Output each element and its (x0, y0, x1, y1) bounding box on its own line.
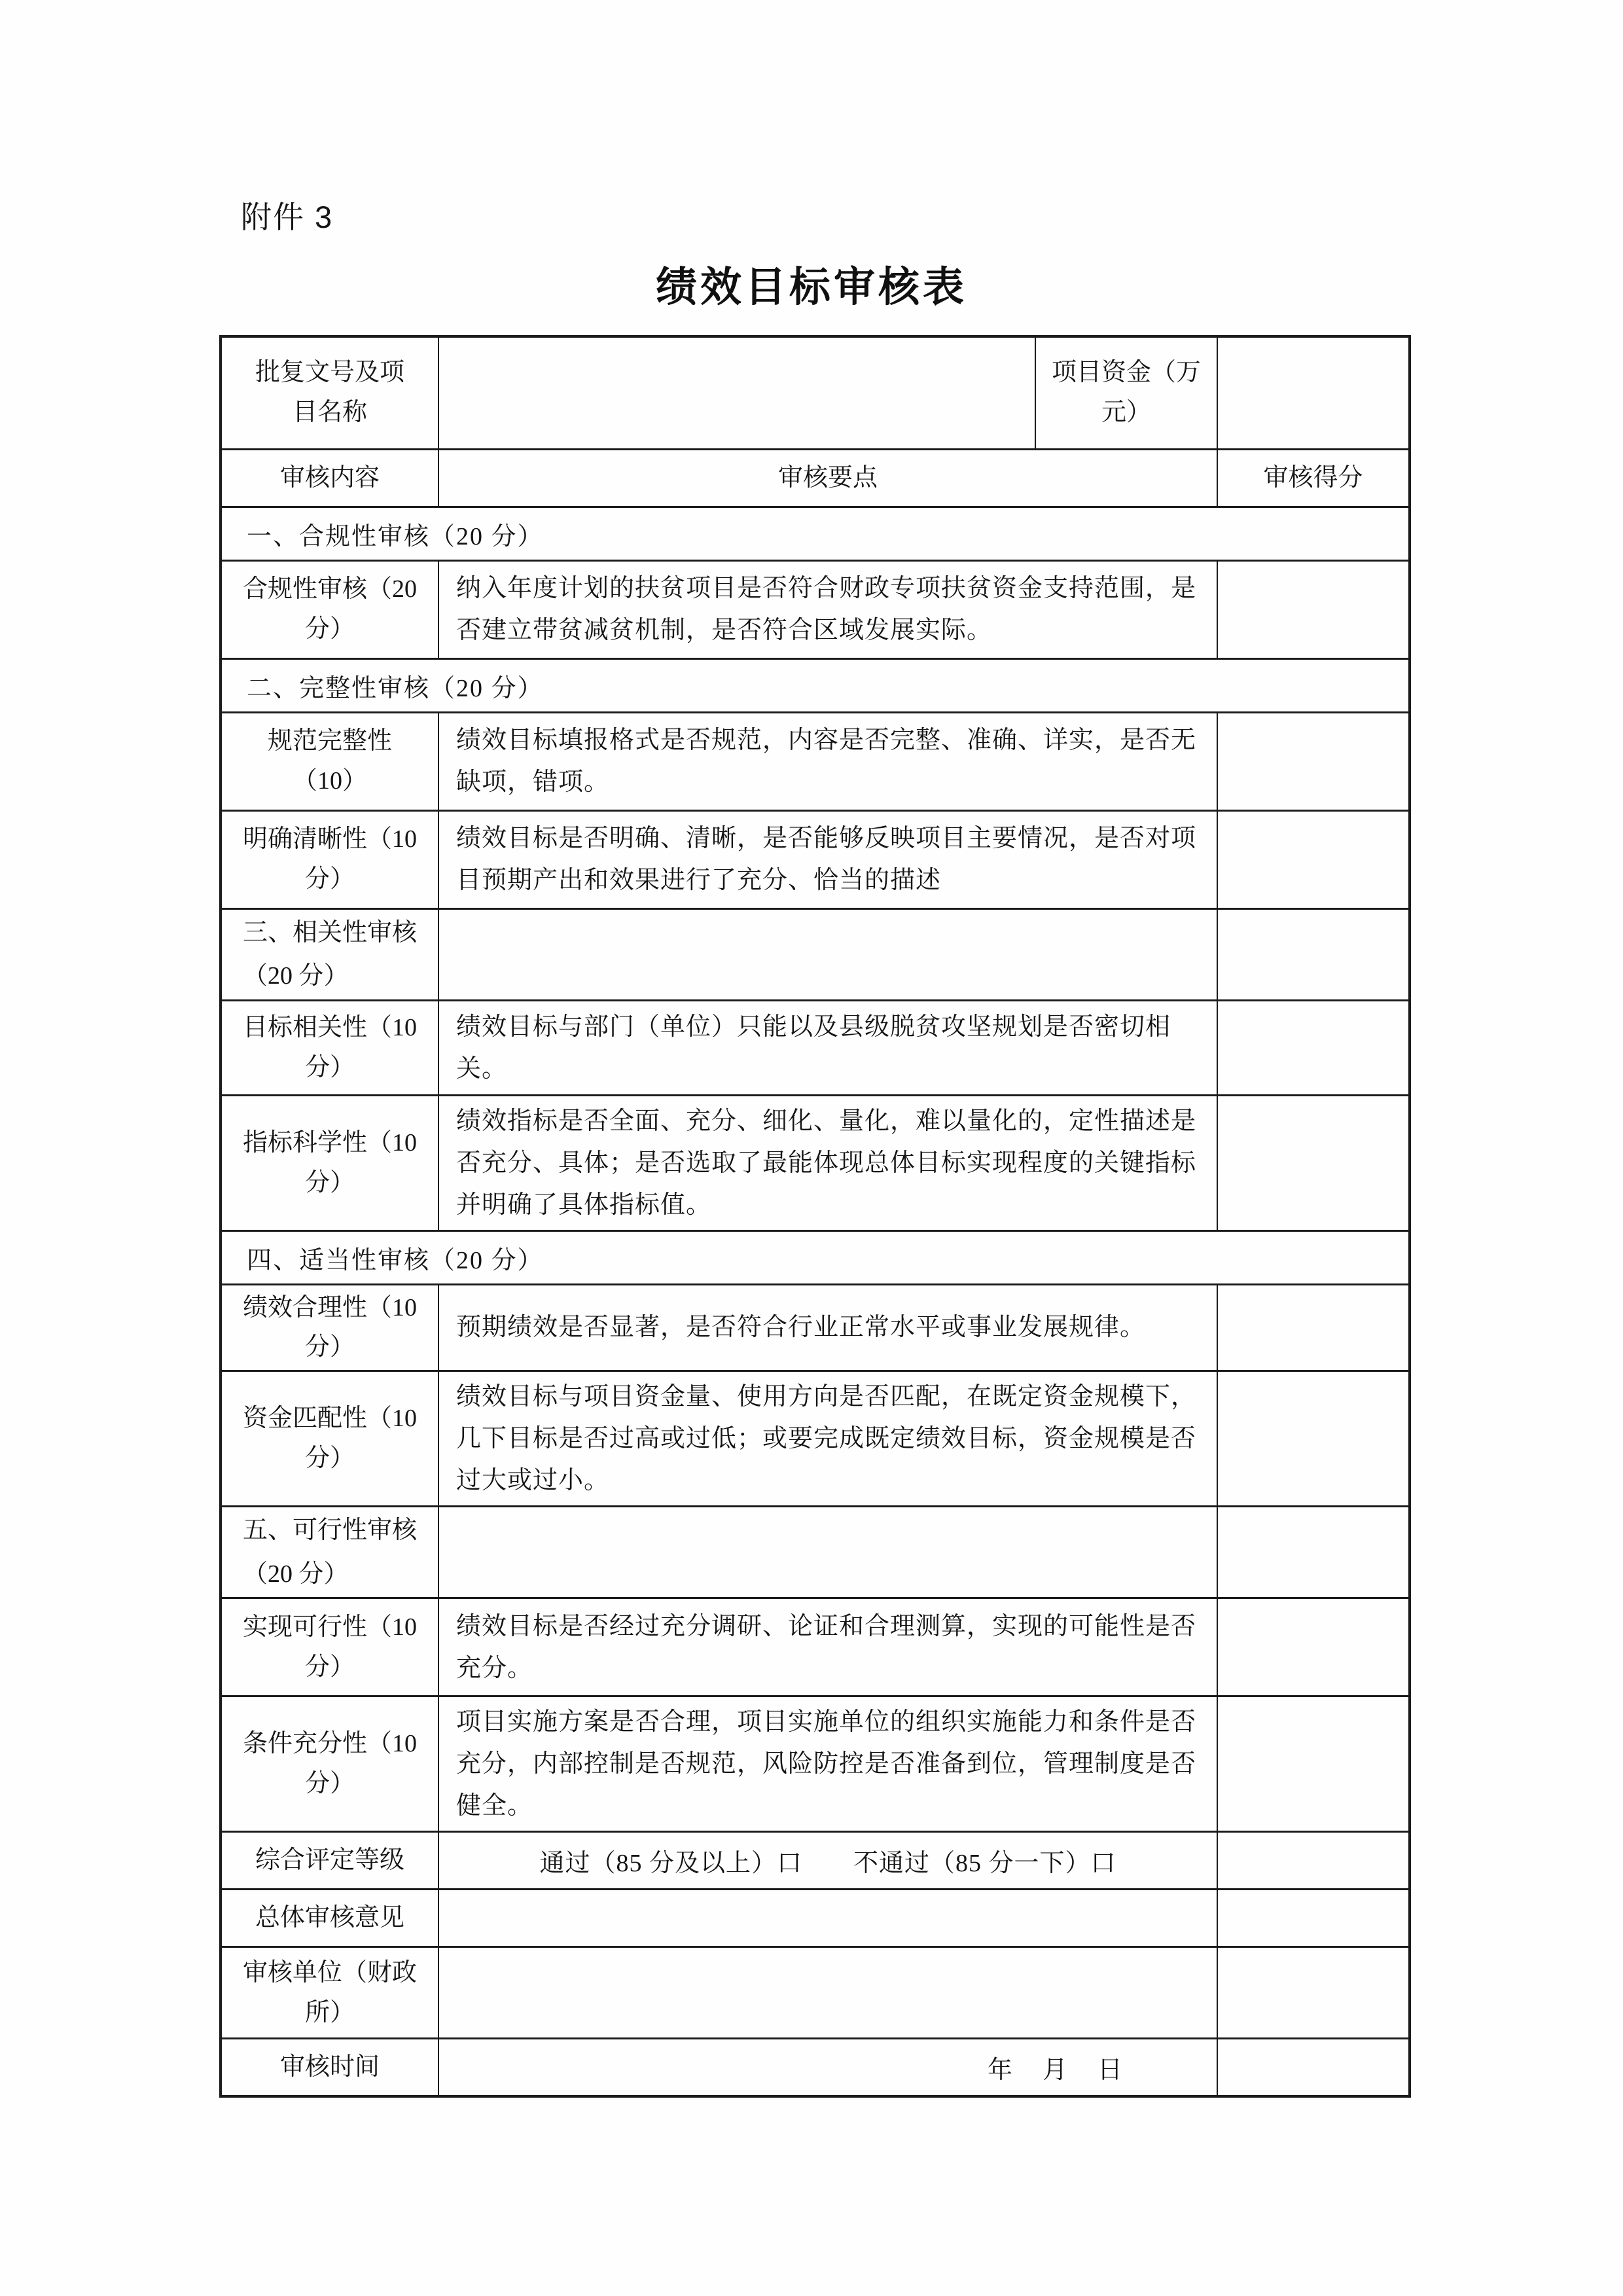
row-score-cell (1217, 2039, 1410, 2096)
item-row-realization-feasibility: 实现可行性（10 分） 绩效目标是否经过充分调研、论证和合理测算，实现的可能性是… (221, 1598, 1410, 1696)
unit-cell (438, 1947, 1217, 2039)
section-label: 一、合规性审核（20 分） (221, 507, 1410, 560)
section-label: 五、可行性审核 （20 分） (221, 1507, 438, 1598)
header-row-top: 批复文号及项 目名称 项目资金（万 元） (221, 336, 1410, 449)
row-score-cell (1217, 1371, 1410, 1507)
rating-options: 通过（85 分及以上）口 不通过（85 分一下）口 (438, 1832, 1217, 1890)
header-row-columns: 审核内容 审核要点 审核得分 (221, 449, 1410, 507)
row-label: 资金匹配性（10 分） (221, 1371, 438, 1507)
row-points: 绩效指标是否全面、充分、细化、量化，难以量化的，定性描述是否充分、具体；是否选取… (438, 1095, 1217, 1230)
review-table: 批复文号及项 目名称 项目资金（万 元） 审核内容 审核要点 审核得分 一、合规… (219, 335, 1411, 2098)
section-label: 三、相关性审核 （20 分） (221, 908, 438, 1000)
fund-value-cell (1217, 336, 1410, 449)
row-score-cell (1217, 1696, 1410, 1832)
row-points (438, 1507, 1217, 1598)
row-score-cell (1217, 1095, 1410, 1230)
document-page: 附件 3 绩效目标审核表 批复文号及项 目名称 项目资金（万 元） 审核内容 审… (0, 0, 1623, 2296)
item-row-fund-matching: 资金匹配性（10 分） 绩效目标与项目资金量、使用方向是否匹配，在既定资金规模下… (221, 1371, 1410, 1507)
row-label: 实现可行性（10 分） (221, 1598, 438, 1696)
item-row-performance-reasonable: 绩效合理性（10 分） 预期绩效是否显著，是否符合行业正常水平或事业发展规律。 (221, 1284, 1410, 1371)
row-label: 明确清晰性（10 分） (221, 810, 438, 908)
row-points: 绩效目标是否明确、清晰，是否能够反映项目主要情况，是否对项目预期产出和效果进行了… (438, 810, 1217, 908)
row-review-date: 审核时间 年 月 日 (221, 2039, 1410, 2096)
col-header-points: 审核要点 (438, 449, 1217, 507)
row-label: 绩效合理性（10 分） (221, 1284, 438, 1371)
section-row-appropriateness: 四、适当性审核（20 分） (221, 1230, 1410, 1284)
row-label: 综合评定等级 (221, 1832, 438, 1890)
row-points: 绩效目标与部门（单位）只能以及县级脱贫攻坚规划是否密切相关。 (438, 1000, 1217, 1095)
row-label: 审核单位（财政 所） (221, 1947, 438, 2039)
opinion-cell (438, 1890, 1217, 1947)
row-points: 绩效目标填报格式是否规范，内容是否完整、准确、详实，是否无缺项，错项。 (438, 712, 1217, 810)
col-header-score: 审核得分 (1217, 449, 1410, 507)
doc-no-label: 批复文号及项 目名称 (221, 336, 438, 449)
row-overall-opinion: 总体审核意见 (221, 1890, 1410, 1947)
row-score-cell (1217, 1000, 1410, 1095)
row-label: 指标科学性（10 分） (221, 1095, 438, 1230)
row-label: 规范完整性 （10） (221, 712, 438, 810)
page-title: 绩效目标审核表 (0, 254, 1623, 314)
fund-label: 项目资金（万 元） (1035, 336, 1217, 449)
section-row-completeness: 二、完整性审核（20 分） (221, 658, 1410, 712)
row-points: 绩效目标与项目资金量、使用方向是否匹配，在既定资金规模下，几下目标是否过高或过低… (438, 1371, 1217, 1507)
section-label: 四、适当性审核（20 分） (221, 1230, 1410, 1284)
item-row-condition-sufficiency: 条件充分性（10 分） 项目实施方案是否合理，项目实施单位的组织实施能力和条件是… (221, 1696, 1410, 1832)
review-date-placeholder: 年 月 日 (438, 2039, 1217, 2096)
row-points: 绩效目标是否经过充分调研、论证和合理测算，实现的可能性是否充分。 (438, 1598, 1217, 1696)
row-points: 纳入年度计划的扶贫项目是否符合财政专项扶贫资金支持范围，是否建立带贫减贫机制，是… (438, 560, 1217, 658)
section-row-relevance: 三、相关性审核 （20 分） (221, 908, 1410, 1000)
row-label: 总体审核意见 (221, 1890, 438, 1947)
doc-no-value-cell (438, 336, 1035, 449)
row-score-cell (1217, 712, 1410, 810)
item-row-standard-completeness: 规范完整性 （10） 绩效目标填报格式是否规范，内容是否完整、准确、详实，是否无… (221, 712, 1410, 810)
row-review-unit: 审核单位（财政 所） (221, 1947, 1410, 2039)
item-row-clarity: 明确清晰性（10 分） 绩效目标是否明确、清晰，是否能够反映项目主要情况，是否对… (221, 810, 1410, 908)
section-label: 二、完整性审核（20 分） (221, 658, 1410, 712)
row-score-cell (1217, 810, 1410, 908)
row-label: 目标相关性（10 分） (221, 1000, 438, 1095)
row-points: 预期绩效是否显著，是否符合行业正常水平或事业发展规律。 (438, 1284, 1217, 1371)
row-score-cell (1217, 1947, 1410, 2039)
row-score-cell (1217, 908, 1410, 1000)
row-label: 审核时间 (221, 2039, 438, 2096)
row-score-cell (1217, 1598, 1410, 1696)
item-row-indicator-science: 指标科学性（10 分） 绩效指标是否全面、充分、细化、量化，难以量化的，定性描述… (221, 1095, 1410, 1230)
row-overall-rating: 综合评定等级 通过（85 分及以上）口 不通过（85 分一下）口 (221, 1832, 1410, 1890)
section-row-compliance: 一、合规性审核（20 分） (221, 507, 1410, 560)
row-label: 条件充分性（10 分） (221, 1696, 438, 1832)
item-row-goal-relevance: 目标相关性（10 分） 绩效目标与部门（单位）只能以及县级脱贫攻坚规划是否密切相… (221, 1000, 1410, 1095)
row-points (438, 908, 1217, 1000)
row-score-cell (1217, 560, 1410, 658)
row-points: 项目实施方案是否合理，项目实施单位的组织实施能力和条件是否充分，内部控制是否规范… (438, 1696, 1217, 1832)
row-label: 合规性审核（20 分） (221, 560, 438, 658)
row-score-cell (1217, 1284, 1410, 1371)
row-score-cell (1217, 1507, 1410, 1598)
section-row-feasibility: 五、可行性审核 （20 分） (221, 1507, 1410, 1598)
col-header-content: 审核内容 (221, 449, 438, 507)
row-score-cell (1217, 1890, 1410, 1947)
attachment-label: 附件 3 (241, 193, 333, 237)
row-score-cell (1217, 1832, 1410, 1890)
item-row-compliance: 合规性审核（20 分） 纳入年度计划的扶贫项目是否符合财政专项扶贫资金支持范围，… (221, 560, 1410, 658)
